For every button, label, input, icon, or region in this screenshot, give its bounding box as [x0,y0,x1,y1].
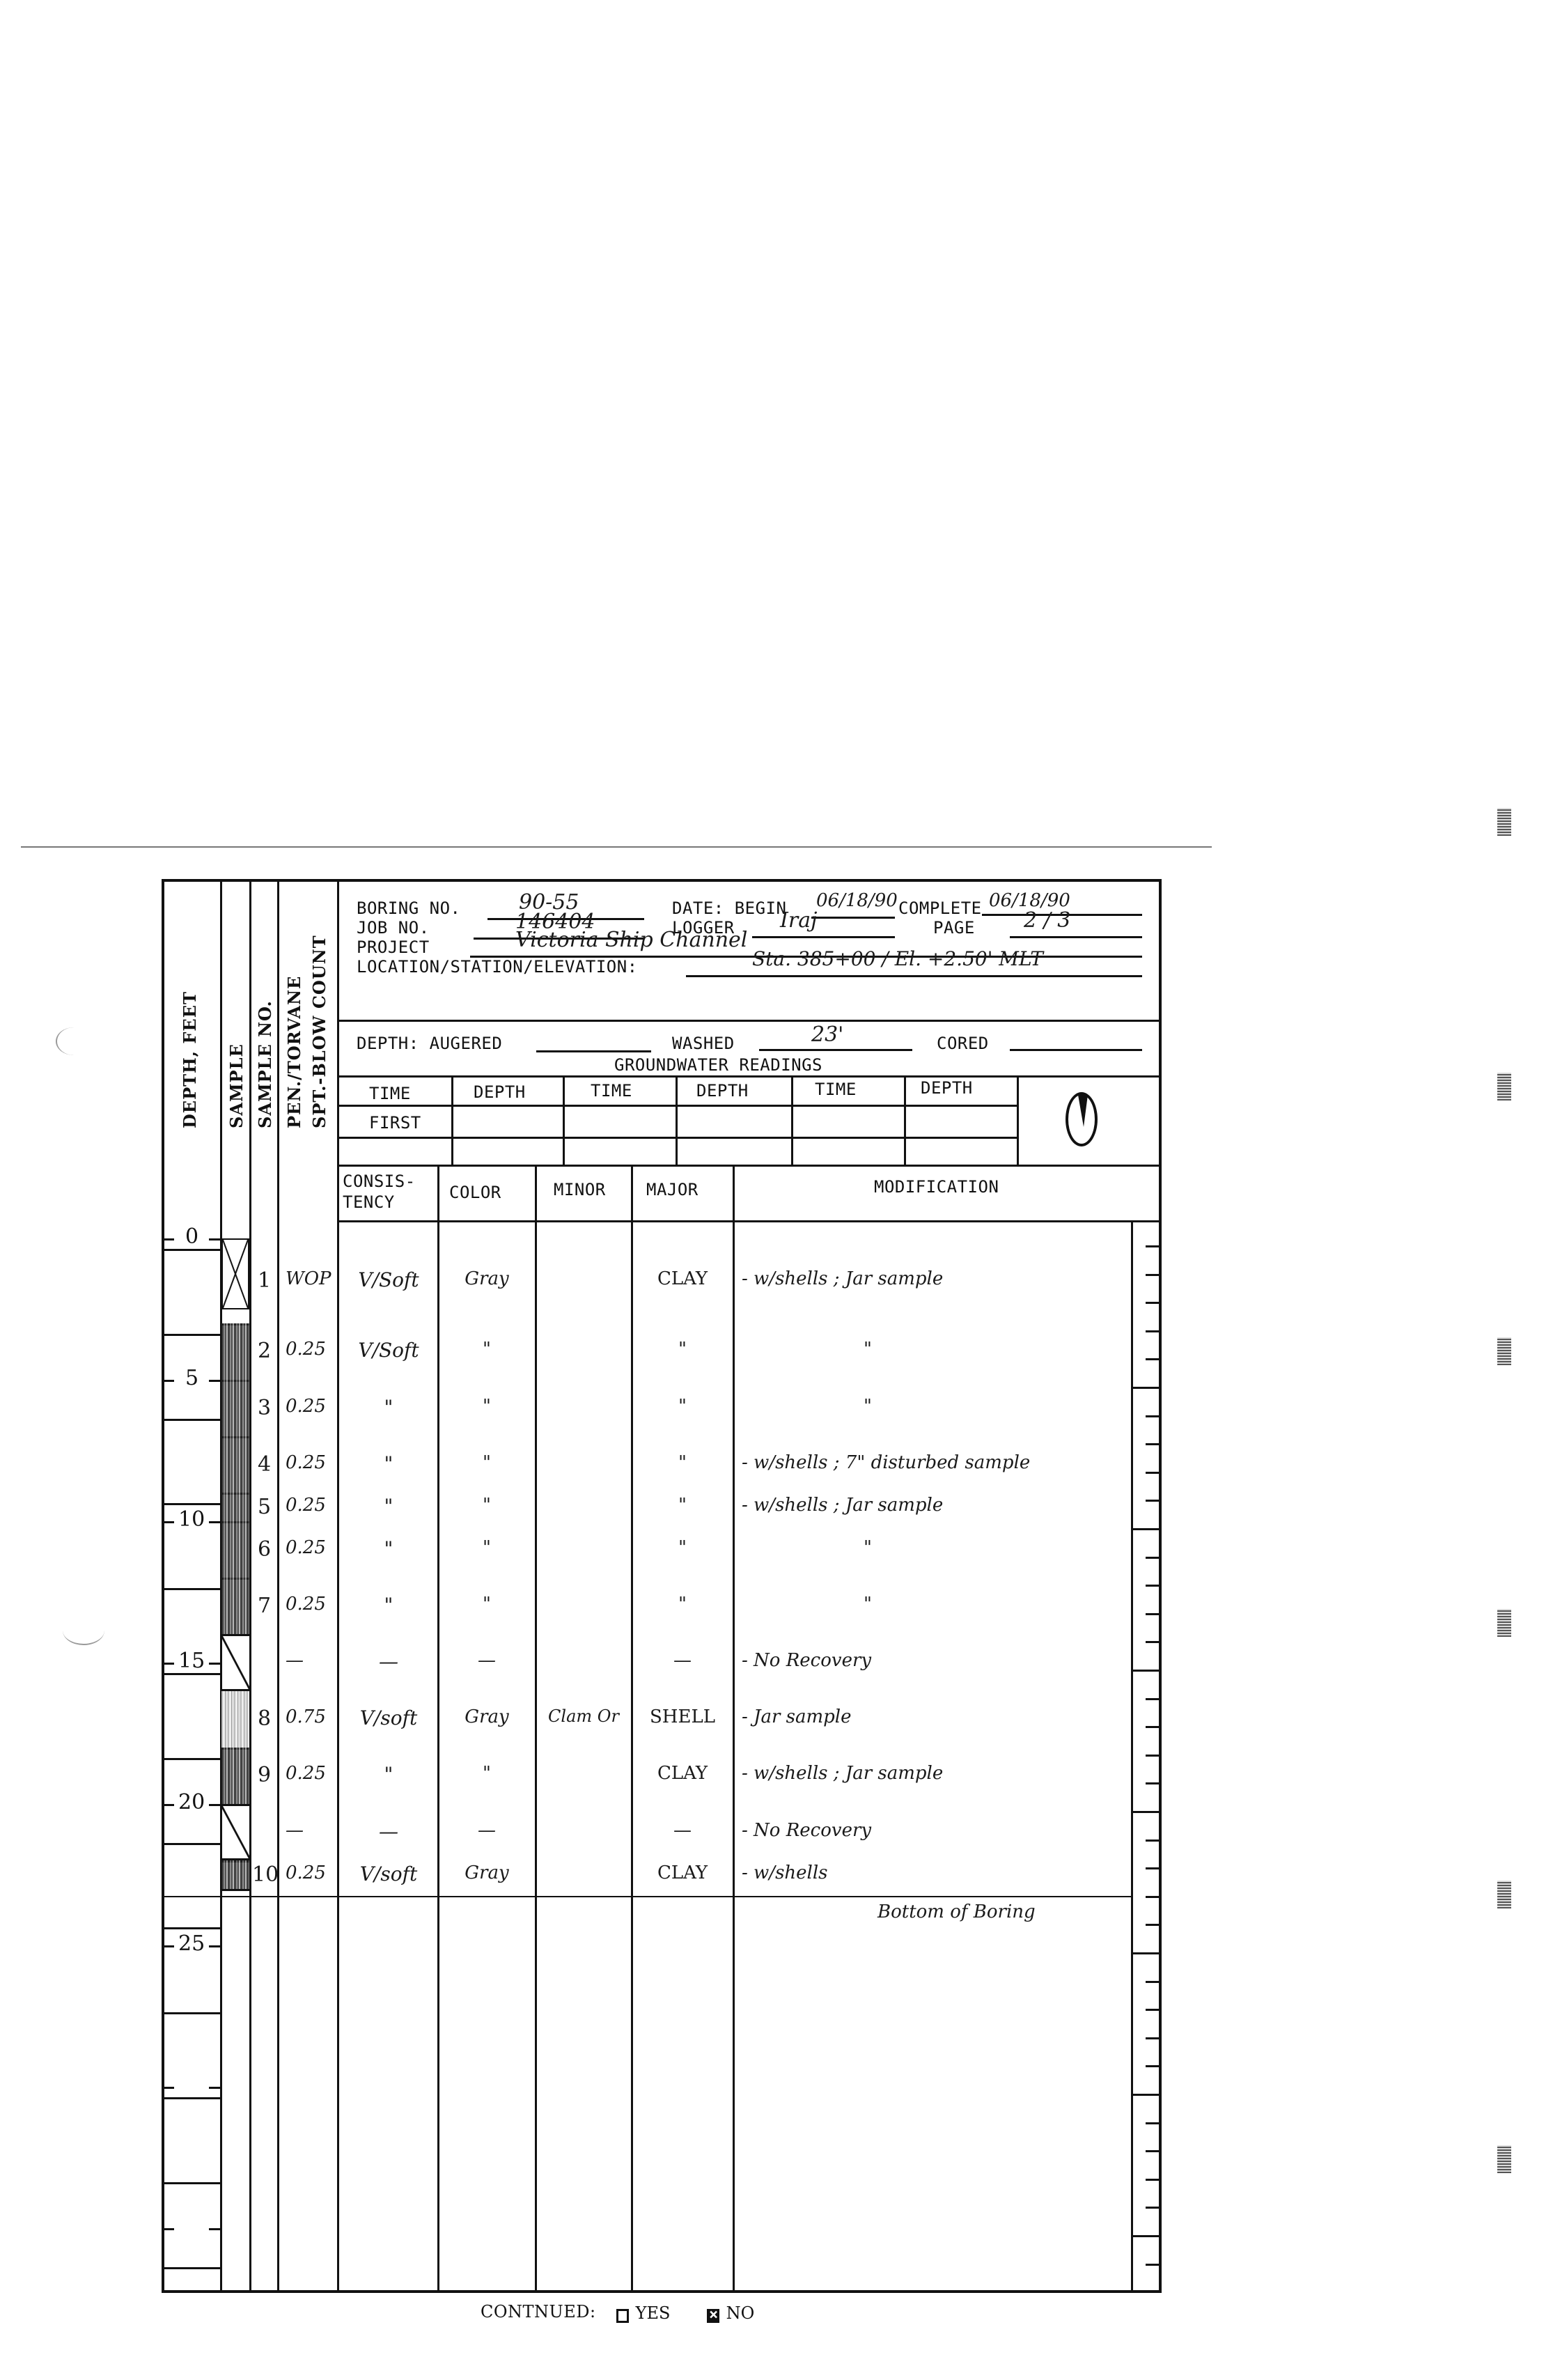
sample-symbol-tube [221,1578,249,1634]
major-value: " [634,1537,731,1558]
right-scale-tick [1146,2179,1161,2181]
sample-symbol-tube [221,1493,249,1521]
major-value: " [634,1594,731,1615]
depth-tick [164,1945,174,1947]
right-scale-tick [1146,2037,1161,2039]
divider [337,1020,1162,1022]
major-value: SHELL [634,1706,731,1727]
sample-no-header: SAMPLE NO. [255,1000,275,1128]
hole-punch-mark [56,1027,92,1055]
right-scale-tick [1146,2150,1161,2152]
sample-symbol-jar [221,1238,249,1309]
bottom-of-boring-line [164,1896,1132,1897]
washed-label: WASHED [672,1034,735,1053]
sample-number: 3 [258,1396,271,1420]
modification-value: - w/shells [742,1862,828,1883]
major-value: " [634,1339,731,1360]
color-value: " [440,1763,533,1784]
right-scale-tick [1146,1358,1161,1360]
depth-tick [209,1804,220,1806]
depth-gridline [164,1249,220,1251]
modification-value: " [864,1339,872,1360]
underline [1010,936,1142,938]
consistency-value: V/soft [341,1706,436,1729]
minor-value: Clam Or [538,1706,630,1726]
color-value: " [440,1339,533,1360]
stamp-mark [1497,1337,1511,1365]
right-scale-tick [1146,2122,1161,2124]
consistency-value: " [341,1396,436,1419]
project-label: PROJECT [357,938,430,957]
header-consistency-1: CONSIS- [343,1172,416,1191]
right-scale-tick [1146,1500,1161,1502]
logger-value: Iraj [780,908,817,933]
header-modification: MODIFICATION [874,1177,999,1197]
sample-number: 5 [258,1495,271,1519]
right-scale-tick [1132,1952,1162,1954]
sample-number: 7 [258,1594,271,1618]
cored-field [1010,1049,1142,1051]
yes-checkbox[interactable] [616,2309,629,2323]
project-value: Victoria Ship Channel [515,928,747,952]
depth-gridline [164,1673,220,1675]
depth-gridline [164,2267,220,2269]
clock-icon [1066,1092,1098,1146]
divider [337,1105,1017,1107]
modification-value: - w/shells ; Jar sample [742,1495,943,1516]
sample-symbol-tube [221,1323,249,1380]
right-scale-tick [1146,1896,1161,1898]
depth-gridline [164,2097,220,2099]
depth-label: 10 [178,1507,205,1532]
right-scale-tick [1132,1811,1162,1813]
major-value: — [634,1820,731,1841]
right-scale-tick [1132,1670,1162,1672]
sample-symbol-tube [221,1748,249,1804]
sample-symbol-tube [221,1436,249,1493]
divider [337,1220,1162,1222]
augered-field [536,1050,651,1052]
right-scale-tick [1146,1641,1161,1643]
depth-tick [209,1238,220,1240]
depth-feet-header: DEPTH, FEET [180,991,200,1128]
depth-tick [209,1521,220,1523]
location-value: Sta. 385+00 / El. +2.50' MLT [752,947,1043,970]
header-color: COLOR [449,1183,501,1202]
sample-header: SAMPLE [226,1043,247,1128]
pen-value: 0.25 [286,1495,326,1516]
date-begin-label: DATE: BEGIN [672,899,786,918]
no-label: NO [726,2303,755,2323]
pen-value: 0.25 [286,1537,326,1558]
continued-label: CONTNUED: [481,2302,596,2321]
bottom-of-boring-note: Bottom of Boring [877,1901,1036,1922]
cored-label: CORED [937,1034,989,1053]
pen-value: 0.25 [286,1339,326,1360]
continued-yes-option[interactable]: YES [616,2303,670,2323]
gw-header-time-1: TIME [369,1084,411,1103]
divider [904,1075,906,1166]
depth-label: 5 [185,1366,198,1390]
depth-tick [164,2087,174,2089]
divider [535,1165,537,2292]
gw-header-depth-3: DEPTH [921,1078,973,1098]
right-scale-tick [1146,1782,1161,1784]
modification-value: - No Recovery [742,1650,871,1671]
divider [563,1075,565,1166]
right-scale-tick [1146,1557,1161,1559]
sample-number: 2 [258,1339,271,1363]
underline [686,975,1142,977]
depth-tick [164,1380,174,1382]
depth-tick [209,1945,220,1947]
major-value: " [634,1452,731,1473]
yes-label: YES [636,2303,671,2323]
depth-tick [164,1663,174,1665]
pen-value: 0.25 [286,1763,326,1784]
color-value: " [440,1396,533,1417]
color-value: — [440,1650,533,1671]
divider [437,1165,439,2292]
pen-value: — [286,1650,304,1671]
header-major: MAJOR [646,1180,699,1199]
header-minor: MINOR [554,1180,606,1199]
consistency-value: V/soft [341,1862,436,1885]
color-value: " [440,1452,533,1473]
depth-label: 25 [178,1931,205,1956]
consistency-value: V/Soft [341,1268,436,1291]
modification-value: " [864,1594,872,1615]
depth-gridline [164,1334,220,1336]
gw-header-depth-1: DEPTH [474,1082,526,1102]
stamp-mark [1497,1073,1511,1100]
color-value: " [440,1495,533,1516]
divider [631,1165,633,2292]
depth-tick [209,1380,220,1382]
sample-divider [221,1889,249,1891]
underline [752,936,895,938]
divider [791,1075,793,1166]
right-scale-tick [1146,1245,1161,1247]
gw-row-first: FIRST [369,1113,421,1133]
consistency-value: — [341,1820,436,1843]
right-scale-tick [1146,1981,1161,1983]
major-value: — [634,1650,731,1671]
depth-augered-label: DEPTH: AUGERED [357,1034,502,1053]
consistency-value: " [341,1452,436,1475]
location-label: LOCATION/STATION/ELEVATION: [357,957,638,977]
sample-number: 6 [258,1537,271,1562]
right-scale-tick [1132,2235,1162,2237]
pen-value: 0.25 [286,1862,326,1883]
gw-header-time-3: TIME [815,1080,857,1099]
pen-value: — [286,1820,304,1841]
scan-edge-line [21,846,1212,848]
color-value: Gray [440,1706,533,1727]
page-value: 2 / 3 [1024,908,1070,933]
no-checkbox[interactable] [707,2309,719,2323]
job-no-label: JOB NO. [357,918,430,938]
right-scale-tick [1146,1585,1161,1587]
underline [811,917,895,919]
right-scale-tick [1132,1387,1162,1389]
right-scale-tick [1146,1330,1161,1332]
depth-label: 0 [185,1224,198,1249]
right-scale-tick [1146,1755,1161,1757]
divider [676,1075,678,1166]
sample-symbol-tube [221,1691,249,1748]
right-scale-tick [1146,1443,1161,1445]
pen-value: 0.25 [286,1396,326,1417]
pen-torvane-header: PEN./TORVANE [284,976,304,1128]
sample-number: 8 [258,1706,271,1731]
depth-tick [164,1238,174,1240]
divider [337,1165,1162,1167]
modification-value: " [864,1396,872,1417]
washed-value: 23' [811,1022,843,1047]
depth-tick [164,1521,174,1523]
depth-tick [209,2087,220,2089]
major-value: " [634,1495,731,1516]
right-scale-tick [1146,2207,1161,2209]
modification-value: - w/shells ; Jar sample [742,1763,943,1784]
depth-label: 20 [178,1790,205,1814]
color-value: " [440,1594,533,1615]
depth-gridline [164,1927,220,1929]
divider [1017,1075,1019,1166]
sample-number: 1 [258,1268,271,1293]
major-value: CLAY [634,1862,731,1883]
right-scale-tick [1146,1274,1161,1276]
right-scale-tick [1146,1840,1161,1842]
stamp-mark [1497,2145,1511,2173]
sample-symbol-tube [221,1380,249,1436]
divider [451,1075,453,1166]
sample-symbol-no-recovery [221,1804,249,1860]
right-scale-tick [1146,2009,1161,2011]
depth-label: 15 [178,1649,205,1673]
right-scale-tick [1146,1613,1161,1615]
stamp-mark [1497,1881,1511,1908]
color-value: Gray [440,1862,533,1883]
divider [337,1075,1162,1078]
consistency-value: " [341,1537,436,1560]
header-consistency-2: TENCY [343,1192,395,1212]
right-scale-tick [1146,1472,1161,1474]
depth-tick [164,2228,174,2230]
divider [733,1165,735,2292]
color-value: Gray [440,1268,533,1289]
color-value: " [440,1537,533,1558]
gw-header-time-2: TIME [591,1081,632,1100]
major-value: CLAY [634,1763,731,1784]
modification-value: " [864,1537,872,1558]
color-value: — [440,1820,533,1841]
depth-tick [209,1663,220,1665]
pen-value: 0.25 [286,1594,326,1615]
groundwater-title: GROUNDWATER READINGS [614,1055,822,1075]
consistency-value: V/Soft [341,1339,436,1362]
depth-gridline [164,2012,220,2014]
divider [1131,1220,1133,2292]
divider [337,881,339,2292]
depth-gridline [164,1419,220,1421]
divider [277,881,279,2292]
consistency-value: " [341,1763,436,1786]
right-scale-tick [1146,1867,1161,1869]
washed-field [759,1049,912,1051]
sample-number: 10 [252,1862,279,1887]
pen-value: 0.75 [286,1706,326,1727]
modification-value: - No Recovery [742,1820,871,1841]
sample-number: 4 [258,1452,271,1477]
complete-label: COMPLETE [898,899,982,918]
stamp-mark [1497,1609,1511,1637]
continued-no-option[interactable]: NO [707,2303,754,2323]
divider [249,881,251,2292]
sample-symbol-no-recovery [221,1634,249,1690]
right-scale-tick [1146,2065,1161,2067]
consistency-value: " [341,1594,436,1617]
divider [337,1137,1017,1139]
right-scale-tick [1132,2094,1162,2096]
stamp-mark [1497,808,1511,836]
right-scale-tick [1146,1302,1161,1304]
pen-value: 0.25 [286,1452,326,1473]
spt-blow-count-header: SPT.-BLOW COUNT [309,935,329,1128]
modification-value: - Jar sample [742,1706,852,1727]
right-scale-tick [1146,1924,1161,1926]
depth-gridline [164,2182,220,2184]
right-scale-tick [1146,1726,1161,1728]
right-scale-tick [1132,1528,1162,1530]
sample-symbol-tube [221,1860,249,1889]
depth-gridline [164,1843,220,1845]
right-scale-tick [1146,1415,1161,1417]
major-value: CLAY [634,1268,731,1289]
page-label: PAGE [933,918,975,938]
sample-number: 9 [258,1763,271,1787]
depth-gridline [164,1503,220,1505]
boring-no-label: BORING NO. [357,899,461,918]
consistency-value: — [341,1650,436,1673]
depth-gridline [164,1758,220,1760]
depth-tick [164,1804,174,1806]
pen-value: WOP [286,1268,331,1289]
hole-punch-mark [63,1616,104,1645]
depth-gridline [164,1588,220,1590]
gw-header-depth-2: DEPTH [696,1081,749,1100]
modification-value: - w/shells ; 7" disturbed sample [742,1452,1030,1473]
depth-tick [209,2228,220,2230]
right-scale-tick [1146,2264,1161,2266]
date-begin-value: 06/18/90 [816,890,898,911]
modification-value: - w/shells ; Jar sample [742,1268,943,1289]
sample-symbol-tube [221,1521,249,1578]
major-value: " [634,1396,731,1417]
right-scale-tick [1146,1698,1161,1700]
consistency-value: " [341,1495,436,1518]
